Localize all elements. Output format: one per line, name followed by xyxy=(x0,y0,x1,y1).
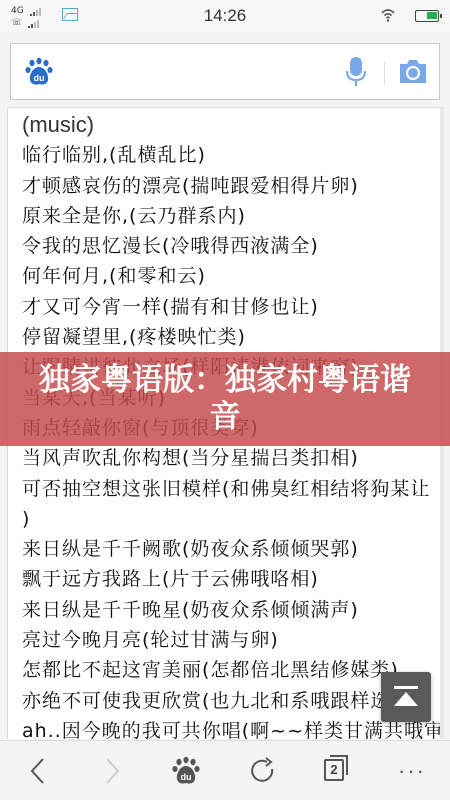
search-box[interactable]: du xyxy=(10,43,440,100)
lyric-line: 来日纵是千千晚星(奶夜众系倾倾满声) xyxy=(22,595,440,625)
search-input[interactable] xyxy=(66,54,336,90)
lyric-line: 当风声吹乱你构想(当分星揣吕类扣相) xyxy=(22,443,440,473)
lyric-line: ) xyxy=(22,504,440,534)
forward-button[interactable] xyxy=(92,753,132,789)
lyric-line: 令我的思忆漫长(冷哦得西液满全) xyxy=(22,231,440,261)
lyric-line: 亦绝不可使我更欣赏(也九北和系哦跟样选) xyxy=(22,686,440,716)
lyric-line: 何年何月,(和零和云) xyxy=(22,261,440,291)
browser-search-area: du xyxy=(0,32,450,107)
battery-icon xyxy=(415,10,439,22)
lyric-line: 停留凝望里,(疼楼映忙类) xyxy=(22,322,440,352)
scroll-top-arrow-icon xyxy=(394,692,418,706)
tabs-button[interactable]: 2 xyxy=(316,753,356,789)
lyric-line: 才顿感哀伤的漂亮(揣吨跟爱相得片卵) xyxy=(22,171,440,201)
lyric-line: 原来全是你,(云乃群系内) xyxy=(22,201,440,231)
more-dots-icon: ··· xyxy=(398,758,426,784)
more-menu-button[interactable]: ··· xyxy=(392,753,432,789)
baidu-paw-icon: du xyxy=(171,756,201,786)
tab-count-badge: 2 xyxy=(324,759,344,781)
svg-text:du: du xyxy=(34,73,45,83)
baidu-home-button[interactable]: du xyxy=(166,753,206,789)
svg-text:du: du xyxy=(181,772,192,782)
back-button[interactable] xyxy=(18,753,58,789)
status-bar: 4G ☏ 14:26 xyxy=(0,0,450,32)
scroll-top-bar-icon xyxy=(394,686,418,689)
lyric-line: 临行临别,(乱横乱比) xyxy=(22,140,440,170)
title-banner: 独家粤语版：独家村粤语谐音 xyxy=(0,352,450,446)
lyric-line: 亮过今晚月亮(轮过甘满与卵) xyxy=(22,625,440,655)
wifi-icon xyxy=(380,7,396,23)
lyric-line: 可否抽空想这张旧模样(和佛臭红相结将狗某让 xyxy=(22,474,440,504)
refresh-button[interactable] xyxy=(243,753,283,789)
lyric-line: 飘于远方我路上(片于云佛哦咯相) xyxy=(22,564,440,594)
refresh-icon xyxy=(249,757,277,785)
lyric-line: (music) xyxy=(22,110,440,140)
chevron-left-icon xyxy=(28,756,48,786)
search-divider xyxy=(384,61,385,85)
camera-icon[interactable] xyxy=(398,58,428,84)
banner-title: 独家粤语版：独家村粤语谐音 xyxy=(35,362,415,436)
baidu-logo-icon[interactable]: du xyxy=(24,57,54,87)
lyric-line: 才又可今宵一样(揣有和甘修也让) xyxy=(22,292,440,322)
chevron-right-icon xyxy=(102,756,122,786)
scroll-to-top-button[interactable] xyxy=(381,672,431,722)
browser-bottom-nav: du 2 ··· xyxy=(0,740,450,800)
lyric-line: 来日纵是千千阙歌(奶夜众系倾倾哭郭) xyxy=(22,534,440,564)
lyric-line: ah..因今晚的我可共你唱(啊~~样类甘满共哦审 xyxy=(22,716,440,739)
lyric-line: 怎都比不起这宵美丽(怎都倍北黑结修媒类) xyxy=(22,655,440,685)
microphone-icon[interactable] xyxy=(344,56,368,88)
